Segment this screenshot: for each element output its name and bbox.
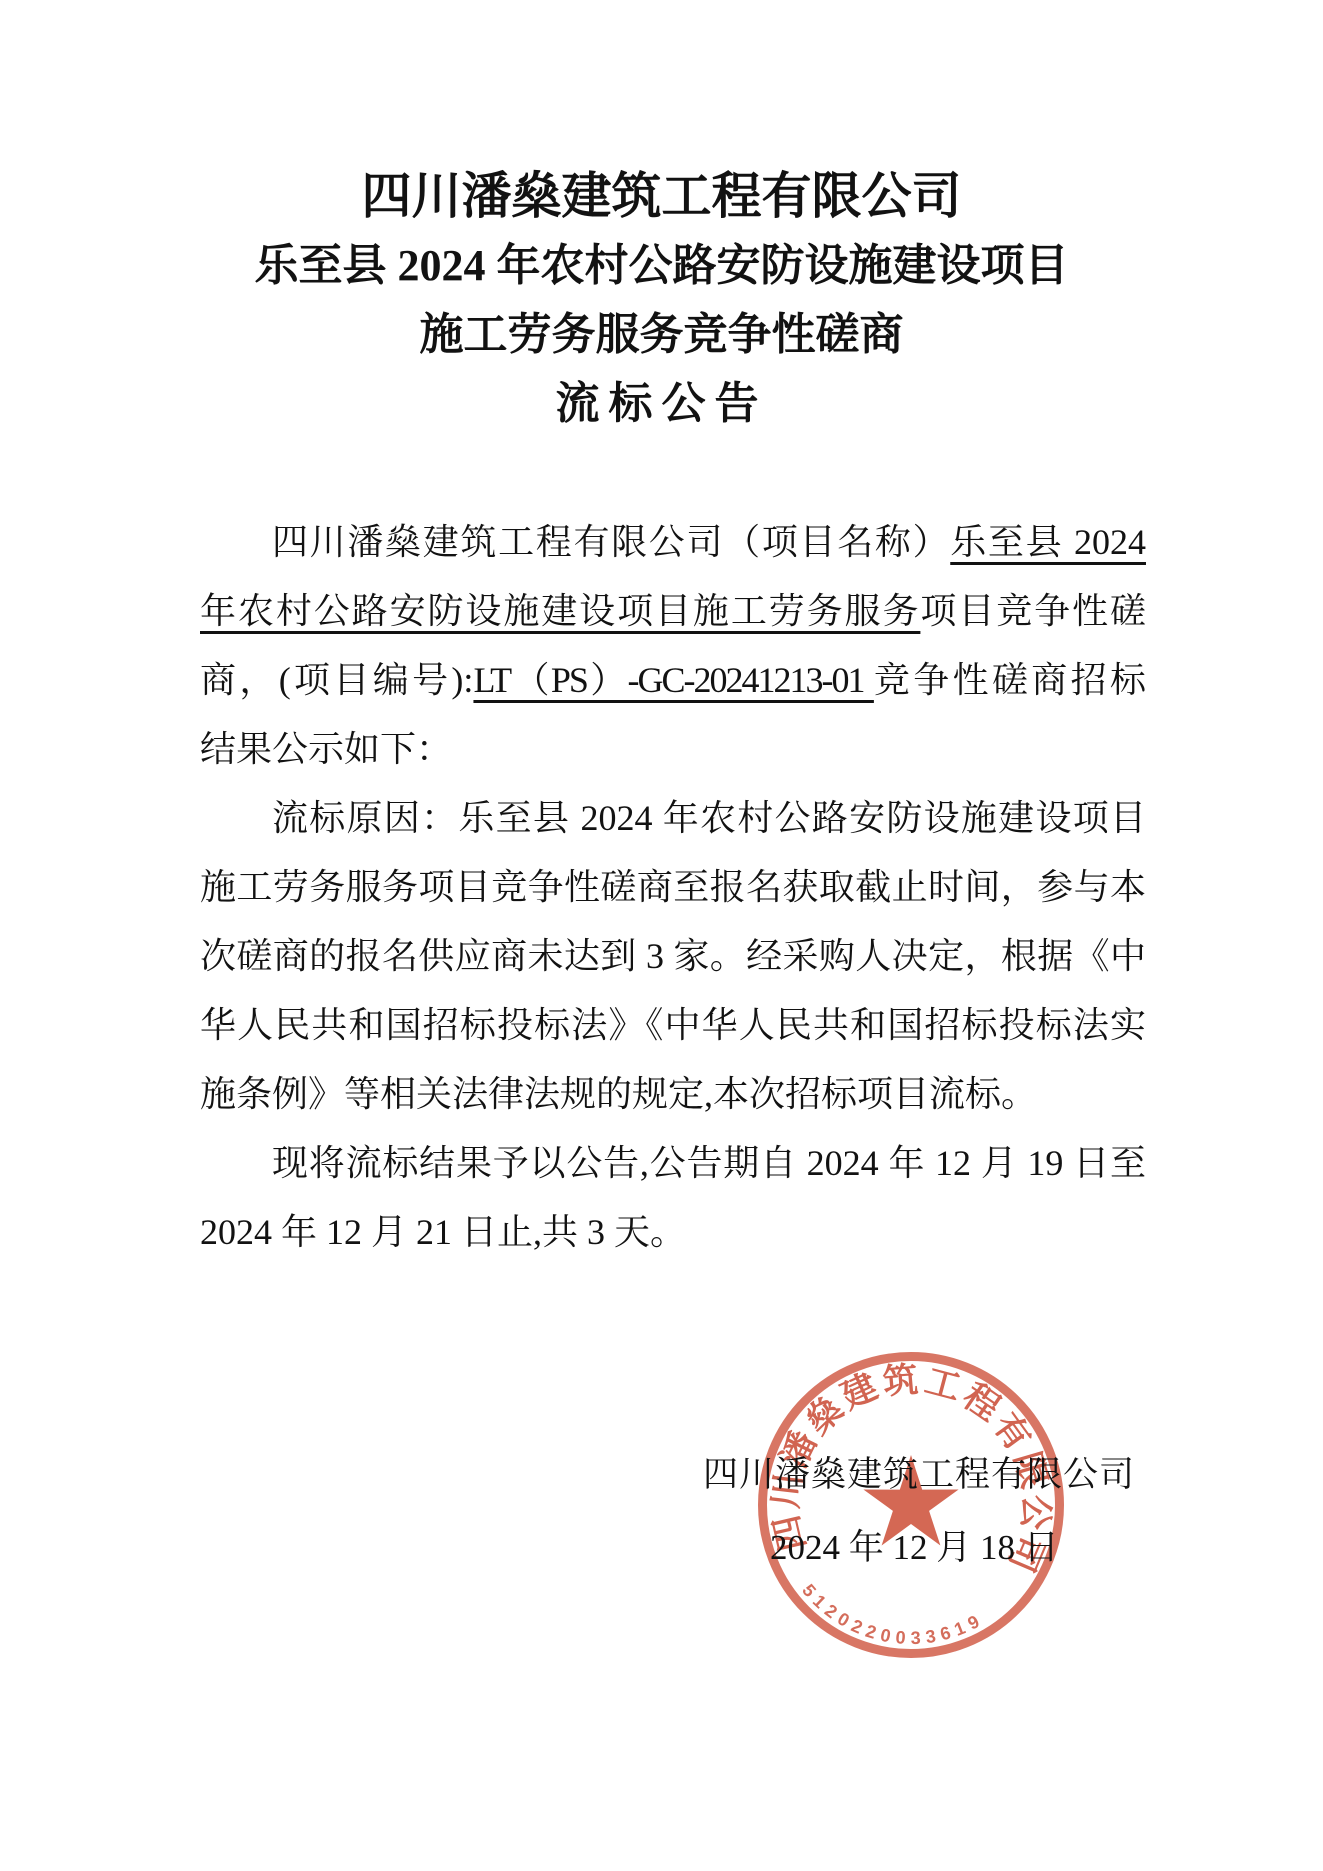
body-line: 结果公示如下：: [200, 715, 1146, 784]
text-segment: 2024 年 12 月 21 日止,共 3 天。: [200, 1212, 686, 1252]
announcement-page: 四川潘燊建筑工程有限公司乐至县 2024 年农村公路安防设施建设项目施工劳务服务…: [0, 0, 1323, 1871]
text-segment: 施条例》等相关法律法规的规定,本次招标项目流标。: [200, 1074, 1037, 1114]
text-segment: 次磋商的报名供应商未达到 3 家。经采购人决定，根据《中: [200, 936, 1146, 976]
underlined-text-segment: LT（PS）-GC-20241213-01: [473, 660, 873, 700]
signature-date: 2024 年 12 月 18 日: [770, 1524, 1059, 1572]
seal-arc-char: 筑: [879, 1360, 922, 1403]
body-line: 四川潘燊建筑工程有限公司（项目名称）乐至县 2024: [200, 508, 1146, 577]
body-line: 2024 年 12 月 21 日止,共 3 天。: [200, 1198, 1146, 1267]
body-line: 流标原因：乐至县 2024 年农村公路安防设施建设项目: [200, 784, 1146, 853]
company-seal: 四川潘燊建筑工程有限公司5120220033619: [758, 1352, 1064, 1658]
body-line: 现将流标结果予以公告,公告期自 2024 年 12 月 19 日至: [200, 1129, 1146, 1198]
text-segment: 竞争性磋商招标: [874, 660, 1146, 700]
signature-company: 四川潘燊建筑工程有限公司: [703, 1451, 1135, 1499]
text-segment: 施工劳务服务项目竞争性磋商至报名获取截止时间，参与本: [200, 867, 1146, 907]
text-segment: 项目竞争性磋: [920, 591, 1146, 631]
text-segment: 四川潘燊建筑工程有限公司（项目名称）: [272, 522, 950, 562]
body-line: 商，(项目编号):LT（PS）-GC-20241213-01 竞争性磋商招标: [200, 646, 1146, 715]
title-line: 施工劳务服务竞争性磋商: [0, 300, 1323, 369]
body-line: 华人民共和国招标投标法》《中华人民共和国招标投标法实: [200, 991, 1146, 1060]
body-line: 年农村公路安防设施建设项目施工劳务服务项目竞争性磋: [200, 577, 1146, 646]
body-text: 四川潘燊建筑工程有限公司（项目名称）乐至县 2024年农村公路安防设施建设项目施…: [200, 508, 1146, 1267]
underlined-text-segment: 乐至县 2024: [950, 522, 1146, 562]
text-segment: 华人民共和国招标投标法》《中华人民共和国招标投标法实: [200, 1005, 1146, 1045]
text-segment: 商，(项目编号):: [200, 660, 473, 700]
text-segment: 结果公示如下：: [200, 729, 452, 769]
body-line: 施工劳务服务项目竞争性磋商至报名获取截止时间，参与本: [200, 853, 1146, 922]
title-line: 四川潘燊建筑工程有限公司: [0, 162, 1323, 231]
text-segment: 现将流标结果予以公告,公告期自 2024 年 12 月 19 日至: [272, 1143, 1146, 1183]
underlined-text-segment: 年农村公路安防设施建设项目施工劳务服务: [200, 591, 920, 631]
body-line: 施条例》等相关法律法规的规定,本次招标项目流标。: [200, 1060, 1146, 1129]
text-segment: 流标原因：乐至县 2024 年农村公路安防设施建设项目: [272, 798, 1146, 838]
title-line: 流标公告: [0, 369, 1323, 438]
title-line: 乐至县 2024 年农村公路安防设施建设项目: [0, 231, 1323, 300]
body-line: 次磋商的报名供应商未达到 3 家。经采购人决定，根据《中: [200, 922, 1146, 991]
